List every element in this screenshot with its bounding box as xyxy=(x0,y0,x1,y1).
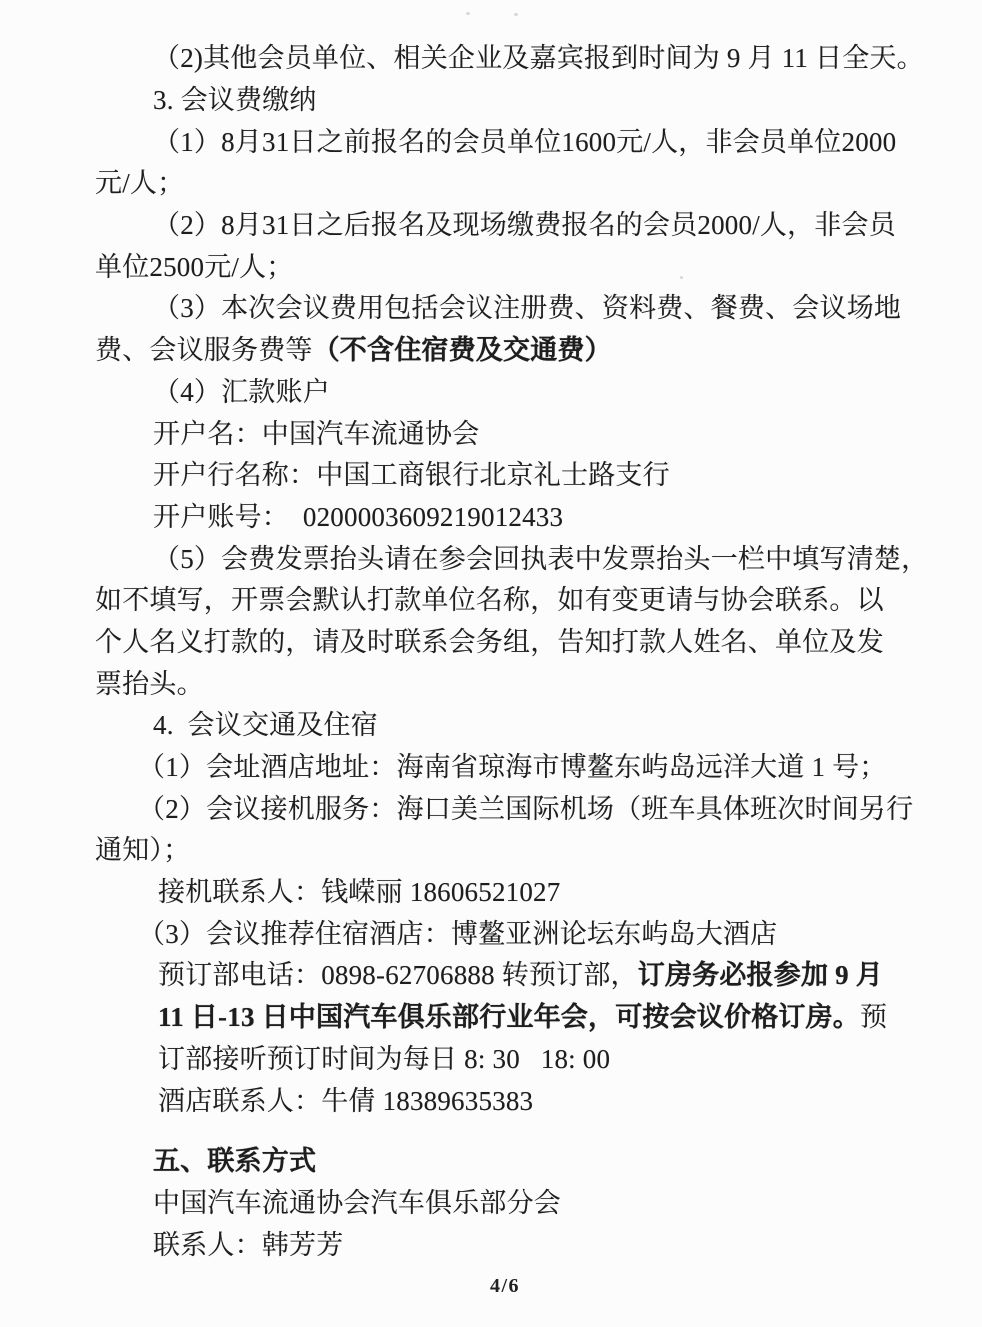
text-line: 元/人； xyxy=(95,163,912,205)
text-run: 单位2500元/人； xyxy=(95,254,294,281)
text-line: 订部接听预订时间为每日 8: 30 18: 00 xyxy=(158,1039,912,1081)
text-line: （1）8月31日之前报名的会员单位1600元/人，非会员单位2000 xyxy=(153,121,912,163)
text-run: 酒店联系人：牛倩 18389635383 xyxy=(158,1088,533,1115)
text-line: 酒店联系人：牛倩 18389635383 xyxy=(158,1080,912,1122)
text-line: 开户名：中国汽车流通协会 xyxy=(153,413,912,455)
text-run: 票抬头。 xyxy=(95,671,204,698)
text-run: 开户账号： 0200003609219012433 xyxy=(153,504,563,531)
text-run: （4）汇款账户 xyxy=(153,379,330,406)
text-run: （2）会议接机服务：海口美兰国际机场（班车具体班次时间另行 xyxy=(138,796,913,823)
text-line: 个人名义打款的，请及时联系会务组，告知打款人姓名、单位及发 xyxy=(95,622,912,664)
document-page: （2)其他会员单位、相关企业及嘉宾报到时间为 9 月 11 日全天。3. 会议费… xyxy=(0,0,982,1327)
page-number: 4/6 xyxy=(14,1275,982,1298)
document-body: （2)其他会员单位、相关企业及嘉宾报到时间为 9 月 11 日全天。3. 会议费… xyxy=(0,0,982,1266)
text-line: 单位2500元/人； xyxy=(95,246,912,288)
text-run: 五、联系方式 xyxy=(153,1148,316,1175)
text-run: 如不填写，开票会默认打款单位名称，如有变更请与协会联系。以 xyxy=(95,587,884,614)
text-line: （3）本次会议费用包括会议注册费、资料费、餐费、会议场地 xyxy=(153,288,912,330)
text-line: 11 日-13 日中国汽车俱乐部行业年会，可按会议价格订房。预 xyxy=(158,997,912,1039)
text-run: 通知）； xyxy=(95,837,190,864)
text-line: （4）汇款账户 xyxy=(153,372,912,414)
text-line: 中国汽车流通协会汽车俱乐部分会 xyxy=(153,1183,912,1225)
text-run: 11 日-13 日中国汽车俱乐部行业年会，可按会议价格订房。 xyxy=(158,1004,860,1031)
text-line: 费、会议服务费等（不含住宿费及交通费） xyxy=(95,330,912,372)
scan-speck xyxy=(466,12,470,15)
text-line: （2)其他会员单位、相关企业及嘉宾报到时间为 9 月 11 日全天。 xyxy=(153,38,912,80)
text-line: 开户账号： 0200003609219012433 xyxy=(153,497,912,539)
text-run: （3）本次会议费用包括会议注册费、资料费、餐费、会议场地 xyxy=(153,295,901,322)
text-run: 4. 会议交通及住宿 xyxy=(153,712,378,739)
text-run: 接机联系人：钱嵘丽 18606521027 xyxy=(158,879,560,906)
text-line: 票抬头。 xyxy=(95,663,912,705)
text-run: （3）会议推荐住宿酒店：博鳌亚洲论坛东屿岛大酒店 xyxy=(138,921,777,948)
text-line: 开户行名称：中国工商银行北京礼士路支行 xyxy=(153,455,912,497)
text-line: 预订部电话：0898-62706888 转预订部，订房务必报参加 9 月 xyxy=(158,955,912,997)
text-run: 开户行名称：中国工商银行北京礼士路支行 xyxy=(153,462,670,489)
text-run: （不含住宿费及交通费） xyxy=(313,337,612,364)
text-line: （2）8月31日之后报名及现场缴费报名的会员2000/人，非会员 xyxy=(153,205,912,247)
text-run: 个人名义打款的，请及时联系会务组，告知打款人姓名、单位及发 xyxy=(95,629,884,656)
text-run: （1）会址酒店地址：海南省琼海市博鳌东屿岛远洋大道 1 号； xyxy=(138,754,887,781)
text-line: （1）会址酒店地址：海南省琼海市博鳌东屿岛远洋大道 1 号； xyxy=(138,747,912,789)
text-run: 3. 会议费缴纳 xyxy=(153,87,317,114)
text-run: 预 xyxy=(860,1004,887,1031)
scan-speck xyxy=(680,276,683,279)
text-run: 订部接听预订时间为每日 8: 30 18: 00 xyxy=(158,1046,610,1073)
text-line: 4. 会议交通及住宿 xyxy=(153,705,912,747)
text-run: （2)其他会员单位、相关企业及嘉宾报到时间为 9 月 11 日全天。 xyxy=(153,45,924,72)
text-run: 元/人； xyxy=(95,170,184,197)
text-run: 订房务必报参加 9 月 xyxy=(638,962,883,989)
text-line: （5）会费发票抬头请在参会回执表中发票抬头一栏中填写清楚， xyxy=(153,538,912,580)
scan-speck xyxy=(514,13,518,16)
text-run: （1）8月31日之前报名的会员单位1600元/人，非会员单位2000 xyxy=(153,129,896,156)
text-line: 接机联系人：钱嵘丽 18606521027 xyxy=(158,872,912,914)
text-line: 通知）； xyxy=(95,830,912,872)
text-line: 如不填写，开票会默认打款单位名称，如有变更请与协会联系。以 xyxy=(95,580,912,622)
text-line: 联系人：韩芳芳 xyxy=(153,1224,912,1266)
text-line: （2）会议接机服务：海口美兰国际机场（班车具体班次时间另行 xyxy=(138,788,912,830)
text-run: 费、会议服务费等 xyxy=(95,337,313,364)
text-line: （3）会议推荐住宿酒店：博鳌亚洲论坛东屿岛大酒店 xyxy=(138,913,912,955)
text-run: 预订部电话：0898-62706888 转预订部， xyxy=(158,962,638,989)
text-run: 中国汽车流通协会汽车俱乐部分会 xyxy=(153,1190,561,1217)
section-heading-contact: 五、联系方式 xyxy=(153,1141,912,1183)
text-run: （5）会费发票抬头请在参会回执表中发票抬头一栏中填写清楚， xyxy=(153,546,928,573)
text-line: 3. 会议费缴纳 xyxy=(153,80,912,122)
text-run: （2）8月31日之后报名及现场缴费报名的会员2000/人，非会员 xyxy=(153,212,896,239)
text-run: 开户名：中国汽车流通协会 xyxy=(153,421,479,448)
text-run: 联系人：韩芳芳 xyxy=(153,1232,343,1259)
